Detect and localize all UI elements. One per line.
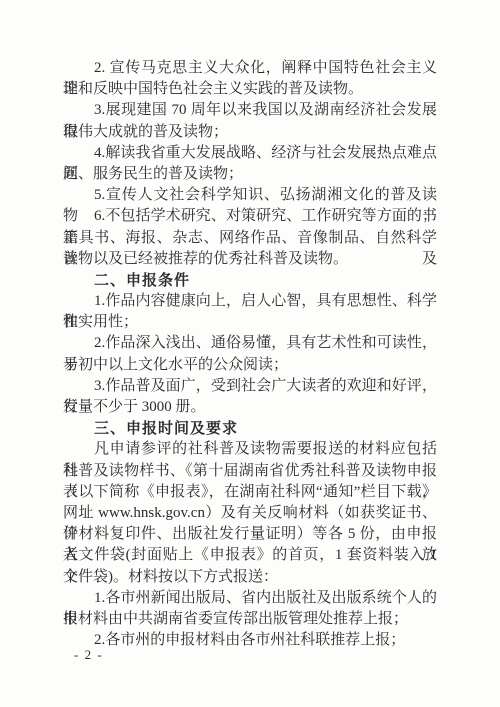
text-line: 2.各市州的申报材料由各市州社科联推荐上报； (63, 630, 437, 651)
section-heading: 二、申报条件 (63, 270, 437, 291)
text-line: 文件袋)。材料按以下方式报送： (63, 567, 437, 588)
text-line: 报材料由中共湖南省委宣传部出版管理处推荐上报； (63, 609, 437, 630)
text-line: 4.解读我省重大发展战略、经济与社会发展热点难点问 (63, 143, 437, 164)
text-line: 工具书、海报、杂志、网络作品、音像制品、自然科学普及 (63, 228, 437, 249)
text-line: 于初中以上文化水平的公众阅读； (63, 355, 437, 376)
text-line: 凡申请参评的社科普及读物需要报送的材料应包括社 (63, 439, 437, 460)
text-line: 题、服务民生的普及读物； (63, 164, 437, 185)
text-line: 1.作品内容健康向上，启人心智，具有思想性、科学性 (63, 291, 437, 312)
text-line: 5.宣传人文社会科学知识、弘扬湖湘文化的普及读物； (63, 185, 437, 206)
text-line: 行量不少于 3000 册。 (63, 397, 437, 418)
page-number: - 2 - (74, 648, 103, 662)
text-line: 价材料复印件、出版社发行量证明）等各 5 份，由申报者放 (63, 524, 437, 545)
text-line: （以下简称《申报表》，在湖南社科网“通知”栏目下载， (63, 482, 437, 503)
document-body: 2. 宣传马克思主义大众化，阐释中国特色社会主义理论和反映中国特色社会主义实践的… (63, 58, 437, 651)
text-line: 2. 宣传马克思主义大众化，阐释中国特色社会主义理 (63, 58, 437, 79)
text-line: 网址 www.hnsk.gov.cn）及有关反响材料（如获奖证书、评 (63, 503, 437, 524)
section-heading: 三、申报时间及要求 (63, 418, 437, 439)
text-line: 3.作品普及面广，受到社会广大读者的欢迎和好评，发 (63, 376, 437, 397)
text-line: 得伟大成就的普及读物； (63, 122, 437, 143)
text-line: 科普及读物样书、《第十届湖南省优秀社科普及读物申报表》 (63, 461, 437, 482)
text-line: 入文件袋(封面贴上《申报表》的首页，1 套资料装入 1 个 (63, 545, 437, 566)
text-line: 3.展现建国 70 周年以来我国以及湖南经济社会发展取 (63, 100, 437, 121)
text-line: 1.各市州新闻出版局、省内出版社及出版系统个人的申 (63, 588, 437, 609)
text-line: 论和反映中国特色社会主义实践的普及读物。 (63, 79, 437, 100)
text-line: 2.作品深入浅出、通俗易懂，具有艺术性和可读性，易 (63, 333, 437, 354)
document-page: 2. 宣传马克思主义大众化，阐释中国特色社会主义理论和反映中国特色社会主义实践的… (0, 0, 500, 707)
text-line: 6.不包括学术研究、对策研究、工作研究等方面的书籍、 (63, 206, 437, 227)
text-line: 和实用性； (63, 312, 437, 333)
